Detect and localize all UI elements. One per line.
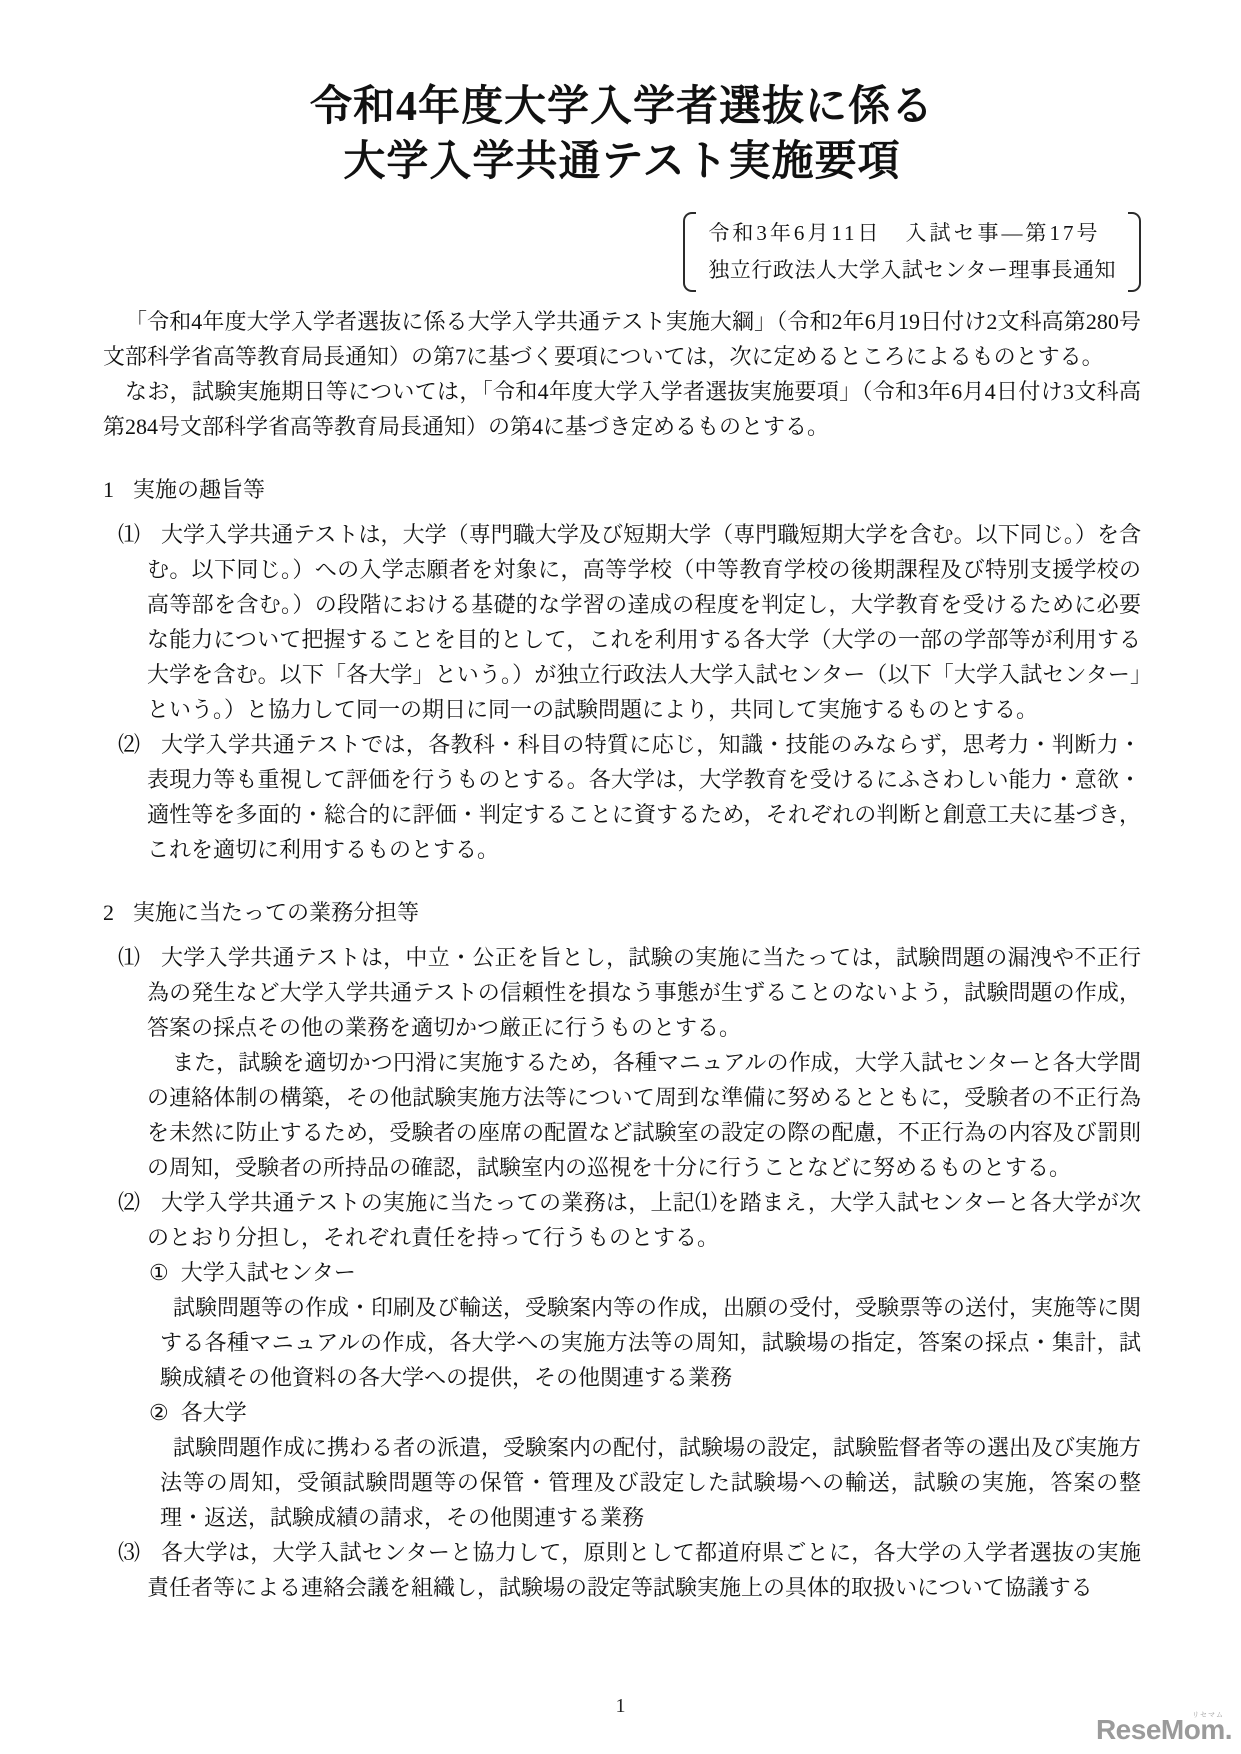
title-line-1: 令和4年度大学入学者選抜に係る bbox=[103, 80, 1141, 135]
left-bracket bbox=[683, 212, 696, 292]
subitem-1-heading: ①大学入試センター bbox=[147, 1255, 1141, 1290]
subitem-label: 大学入試センター bbox=[181, 1260, 356, 1285]
item-marker: ⑵ bbox=[118, 1185, 148, 1220]
document-page: { "title": { "line1": "令和4年度大学入学者選抜に係る",… bbox=[0, 0, 1241, 1754]
item-paragraph: 大学入学共通テストの実施に当たっての業務は，上記⑴を踏まえ，大学入試センターと各… bbox=[147, 1185, 1141, 1255]
notice-row: 令和3年6月11日 入試セ事―第17号 独立行政法人大学入試センター理事長通知 bbox=[103, 212, 1141, 292]
subitem-label: 各大学 bbox=[181, 1400, 247, 1425]
item-paragraph: 大学入学共通テストは，大学（専門職大学及び短期大学（専門職短期大学を含む。以下同… bbox=[147, 517, 1141, 727]
issuance-notice: 令和3年6月11日 入試セ事―第17号 独立行政法人大学入試センター理事長通知 bbox=[683, 212, 1141, 292]
item-paragraph: また，試験を適切かつ円滑に実施するため，各種マニュアルの作成，大学入試センターと… bbox=[147, 1045, 1141, 1185]
document-content: 令和4年度大学入学者選抜に係る 大学入学共通テスト実施要項 令和3年6月11日 … bbox=[0, 0, 1241, 1605]
section-1-item-2: ⑵ 大学入学共通テストでは，各教科・科目の特質に応じ，知識・技能のみならず，思考… bbox=[103, 727, 1141, 867]
item-marker: ⑴ bbox=[118, 940, 148, 975]
section-2-number: 2 bbox=[103, 895, 133, 930]
section-1-item-1: ⑴ 大学入学共通テストは，大学（専門職大学及び短期大学（専門職短期大学を含む。以… bbox=[103, 517, 1141, 727]
watermark-ruby: リセマム bbox=[1192, 1710, 1224, 1720]
subitem-marker: ② bbox=[149, 1400, 169, 1425]
subitem-1-description: 試験問題等の作成・印刷及び輸送，受験案内等の作成，出願の受付，受験票等の送付，実… bbox=[147, 1290, 1141, 1395]
title-line-2: 大学入学共通テスト実施要項 bbox=[103, 135, 1141, 190]
section-2-item-3: ⑶ 各大学は，大学入試センターと協力して，原則として都道府県ごとに，各大学の入学… bbox=[103, 1535, 1141, 1605]
right-bracket bbox=[1128, 212, 1141, 292]
intro-paragraph-1: 「令和4年度大学入学者選抜に係る大学入学共通テスト実施大綱」（令和2年6月19日… bbox=[103, 304, 1141, 374]
subitem-2-heading: ②各大学 bbox=[147, 1395, 1141, 1430]
notice-lines: 令和3年6月11日 入試セ事―第17号 独立行政法人大学入試センター理事長通知 bbox=[696, 212, 1128, 292]
section-2-item-1: ⑴ 大学入学共通テストは，中立・公正を旨とし，試験の実施に当たっては，試験問題の… bbox=[103, 940, 1141, 1185]
section-1-number: 1 bbox=[103, 472, 133, 507]
item-paragraph: 大学入学共通テストは，中立・公正を旨とし，試験の実施に当たっては，試験問題の漏洩… bbox=[147, 940, 1141, 1045]
resemom-watermark: リセマム ReseMom. bbox=[1096, 1714, 1232, 1746]
subitem-marker: ① bbox=[149, 1260, 169, 1285]
item-marker: ⑵ bbox=[118, 727, 148, 762]
page-number: 1 bbox=[0, 1695, 1241, 1718]
item-paragraph: 各大学は，大学入試センターと協力して，原則として都道府県ごとに，各大学の入学者選… bbox=[147, 1535, 1141, 1605]
subitem-2-description: 試験問題作成に携わる者の派遣，受験案内の配付，試験場の設定，試験監督者等の選出及… bbox=[147, 1430, 1141, 1535]
section-2-heading: 2実施に当たっての業務分担等 bbox=[103, 895, 1141, 930]
section-1-heading: 1実施の趣旨等 bbox=[103, 472, 1141, 507]
intro-paragraph-2: なお，試験実施期日等については，「令和4年度大学入学者選抜実施要項」（令和3年6… bbox=[103, 374, 1141, 444]
item-marker: ⑶ bbox=[118, 1535, 148, 1570]
intro-block: 「令和4年度大学入学者選抜に係る大学入学共通テスト実施大綱」（令和2年6月19日… bbox=[103, 304, 1141, 444]
item-paragraph: 大学入学共通テストでは，各教科・科目の特質に応じ，知識・技能のみならず，思考力・… bbox=[147, 727, 1141, 867]
notice-date-number: 令和3年6月11日 入試セ事―第17号 bbox=[708, 215, 1116, 252]
notice-issuer: 独立行政法人大学入試センター理事長通知 bbox=[708, 252, 1116, 289]
document-title: 令和4年度大学入学者選抜に係る 大学入学共通テスト実施要項 bbox=[103, 0, 1141, 190]
section-1-heading-text: 実施の趣旨等 bbox=[133, 477, 265, 502]
item-marker: ⑴ bbox=[118, 517, 148, 552]
section-2-heading-text: 実施に当たっての業務分担等 bbox=[133, 900, 419, 925]
section-2-item-2: ⑵ 大学入学共通テストの実施に当たっての業務は，上記⑴を踏まえ，大学入試センター… bbox=[103, 1185, 1141, 1535]
